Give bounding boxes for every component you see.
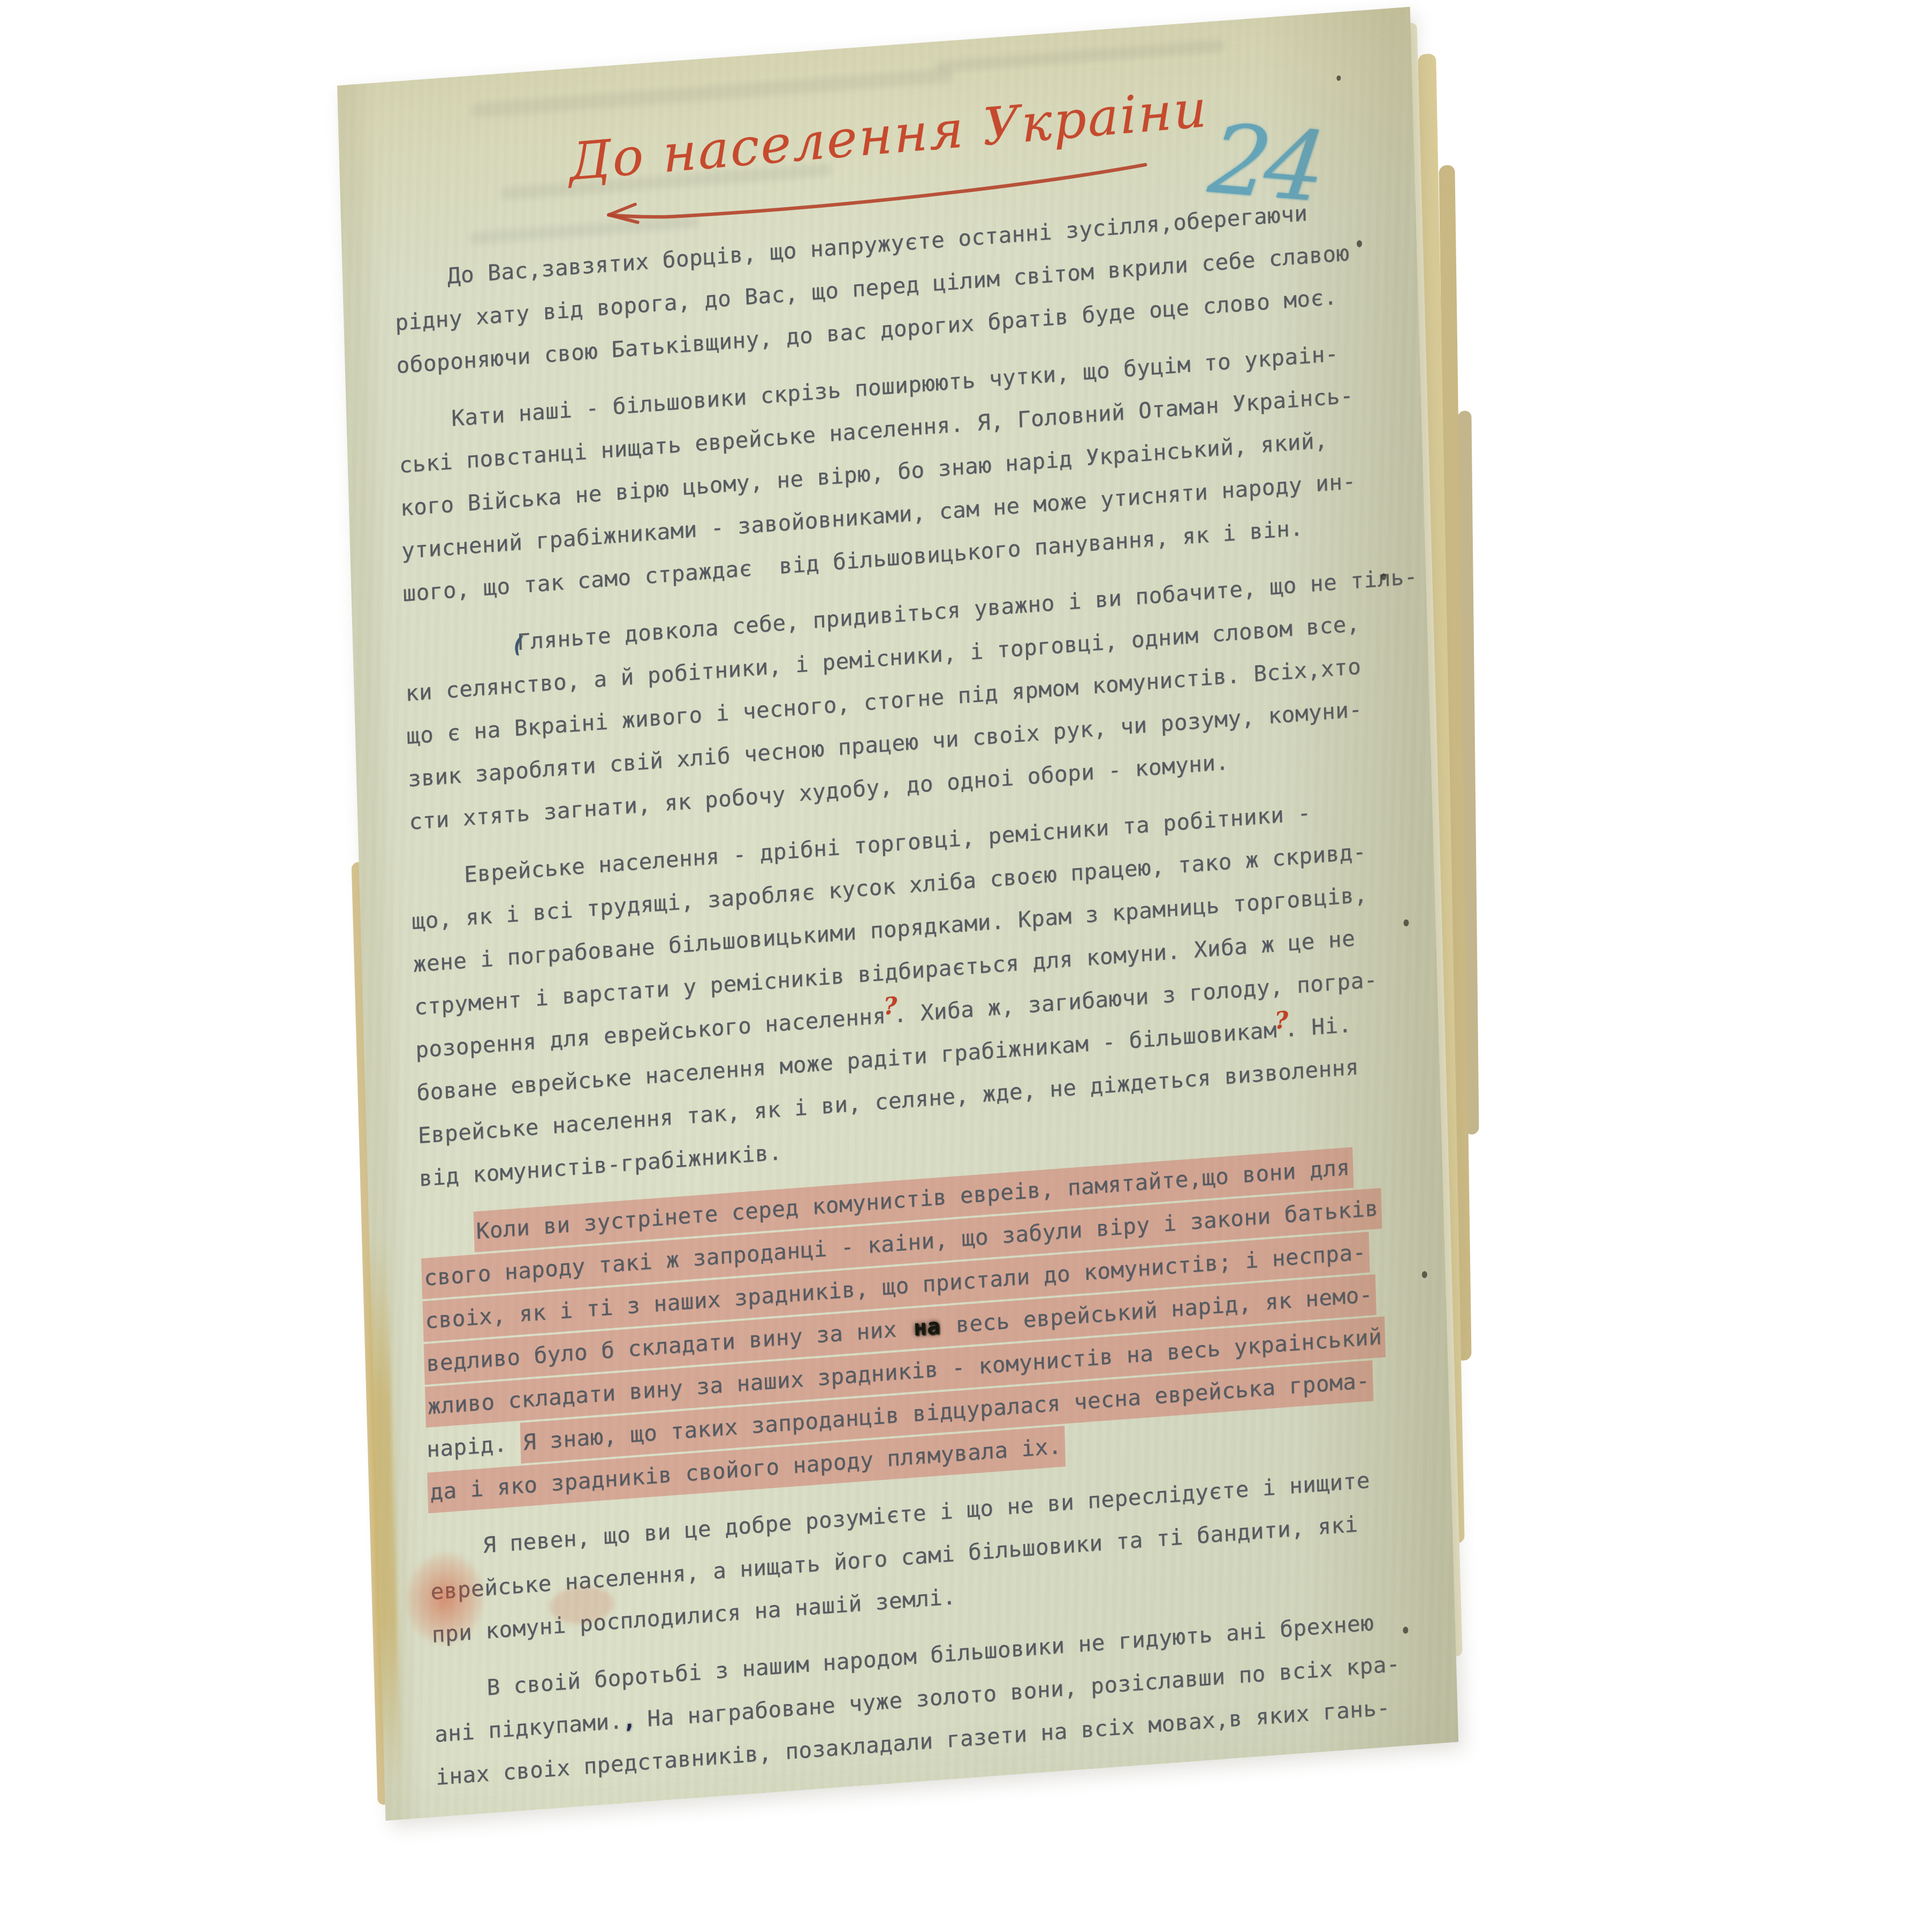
scan-background: { "doc": { "title": "До населення Украін…	[0, 0, 1932, 1932]
text-segment: ,	[622, 1707, 634, 1734]
ink-ghost-impression	[935, 40, 1224, 73]
ink-speck	[1336, 75, 1341, 81]
document-body: До Вас,завзятих борців, що напружуєте ос…	[393, 185, 1444, 1799]
document-page: До населення Украіни 24 До Вас,завзятих …	[337, 7, 1458, 1821]
text-segment: нарід.	[426, 1430, 521, 1463]
red-ink-stain	[391, 1522, 519, 1702]
text-segment: ані підкупами.	[434, 1708, 623, 1747]
text-segment: ?	[883, 992, 898, 1021]
text-segment: на	[913, 1306, 941, 1349]
text-segment: ?	[1274, 1006, 1289, 1035]
text-segment: (	[455, 613, 529, 667]
page-paper: До населення Украіни 24 До Вас,завзятих …	[337, 7, 1458, 1821]
text-segment: . Ні.	[1284, 1011, 1352, 1042]
paragraph: Коли ви зустрінете серед комунистів евре…	[420, 1140, 1436, 1514]
paragraph: Еврейське населення - дрібні торговці, р…	[410, 784, 1427, 1200]
